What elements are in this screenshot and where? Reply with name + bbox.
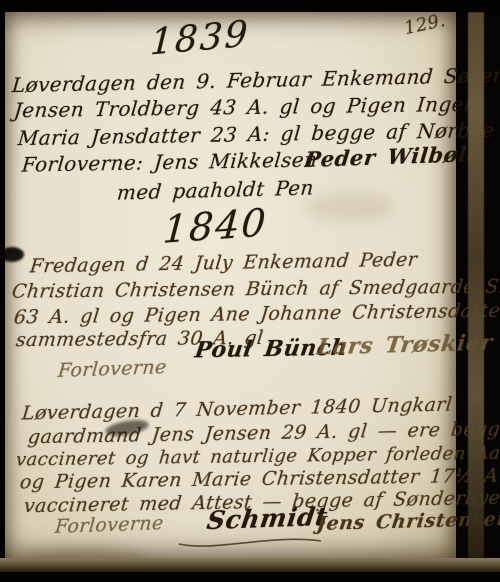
scan-frame-left [0, 0, 5, 582]
entry1-line5: med paaholdt Pen [116, 175, 315, 204]
year-heading-1839: 1839 [149, 13, 250, 63]
entry2-line3: 63 A. gl og Pigen Ane Johanne Christensd… [13, 300, 500, 329]
scan-frame-bottom [0, 572, 500, 582]
paper-stain-middle [305, 192, 395, 222]
entry2-line2: Christian Christensen Bünch af Smedgaard… [11, 275, 500, 302]
entry2-forlovere-label: Forloverne [57, 356, 168, 382]
scan-frame-top [0, 0, 500, 12]
entry1-line2: Jensen Troldberg 43 A. gl og Pigen Inger [13, 92, 475, 122]
signature-flourish [175, 532, 325, 550]
scan-frame-bottom-shadow [0, 558, 500, 572]
binding-light-strip [468, 12, 484, 558]
manuscript-page: 129. 1839 Løverdagen den 9. Februar Enke… [5, 12, 456, 558]
left-edge-mark [0, 247, 24, 262]
entry1-line4: Forloverne: Jens Mikkelsen [21, 147, 318, 176]
year-heading-1840: 1840 [162, 200, 270, 252]
entry3-signature-schmidt: Schmidt [205, 502, 330, 535]
entry2-line1: Fredagen d 24 July Enkemand Peder [29, 249, 419, 278]
page-number: 129. [403, 10, 448, 39]
entry3-forlovere-label: Forloverne [54, 512, 165, 538]
register-scan: 129. 1839 Løverdagen den 9. Februar Enke… [0, 0, 500, 582]
entry1-witness-signature: Peder Wilbøll [304, 141, 477, 172]
